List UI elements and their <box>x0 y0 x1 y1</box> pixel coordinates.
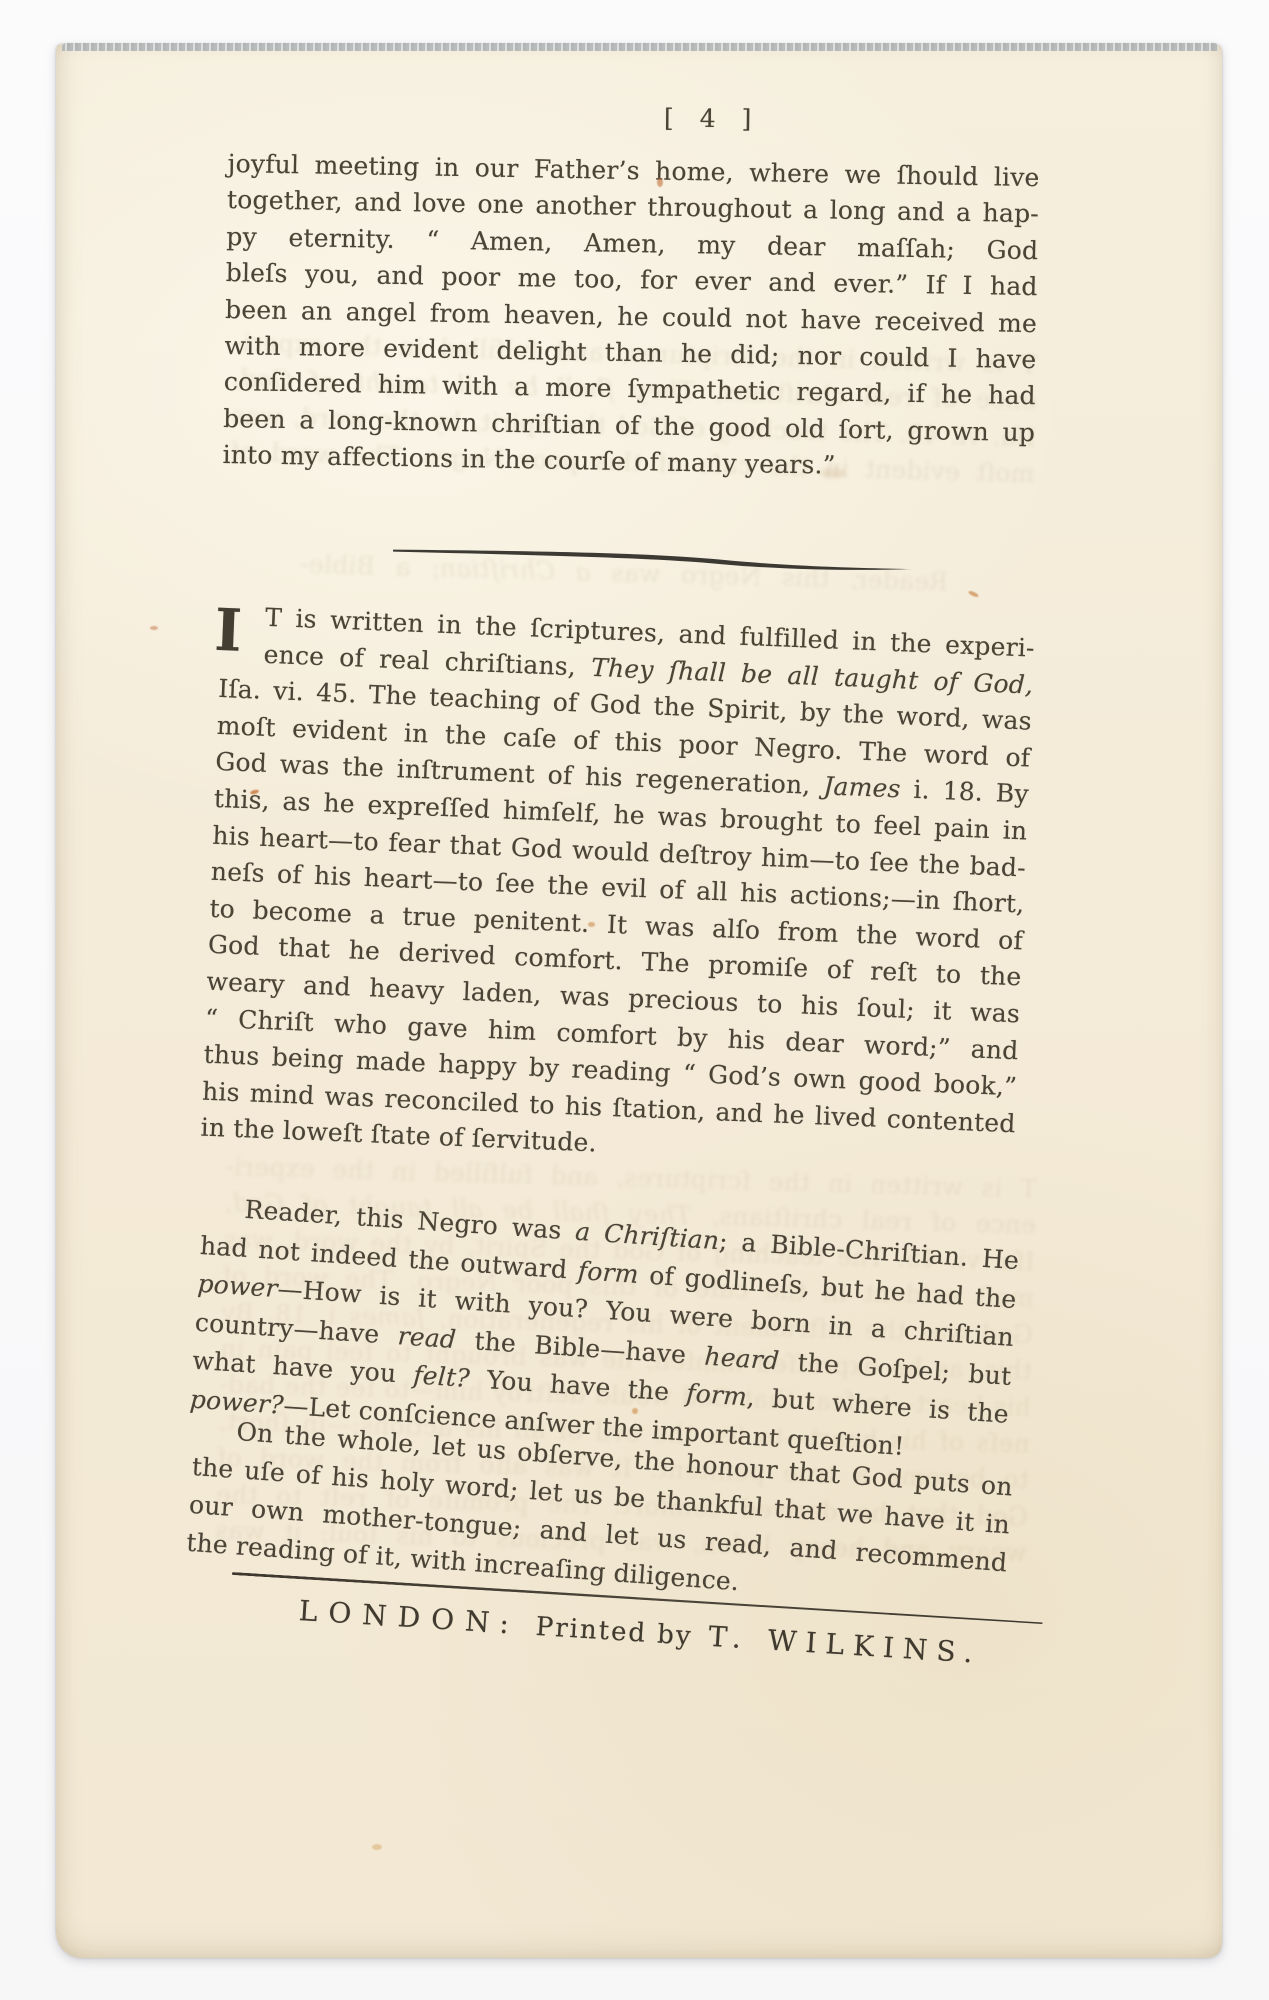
deckle-edge <box>62 43 1218 51</box>
drop-cap: I <box>214 601 243 660</box>
foxing-spot <box>632 1408 638 1414</box>
paragraph-quotation: joyful meeting in our Father’s home, whe… <box>222 146 1040 488</box>
scan-photo: { "header": { "page_number": "[ 4 ]" }, … <box>0 0 1269 2000</box>
foxing-spot <box>657 178 663 187</box>
page-number: [ 4 ] <box>664 103 761 133</box>
foxing-spot <box>588 922 595 927</box>
foxing-spot <box>372 1844 382 1850</box>
paragraph-scripture: IT is written in the ſcriptures, and ful… <box>200 598 1035 1179</box>
foxing-spot <box>820 468 846 478</box>
foxing-spot <box>150 626 158 630</box>
